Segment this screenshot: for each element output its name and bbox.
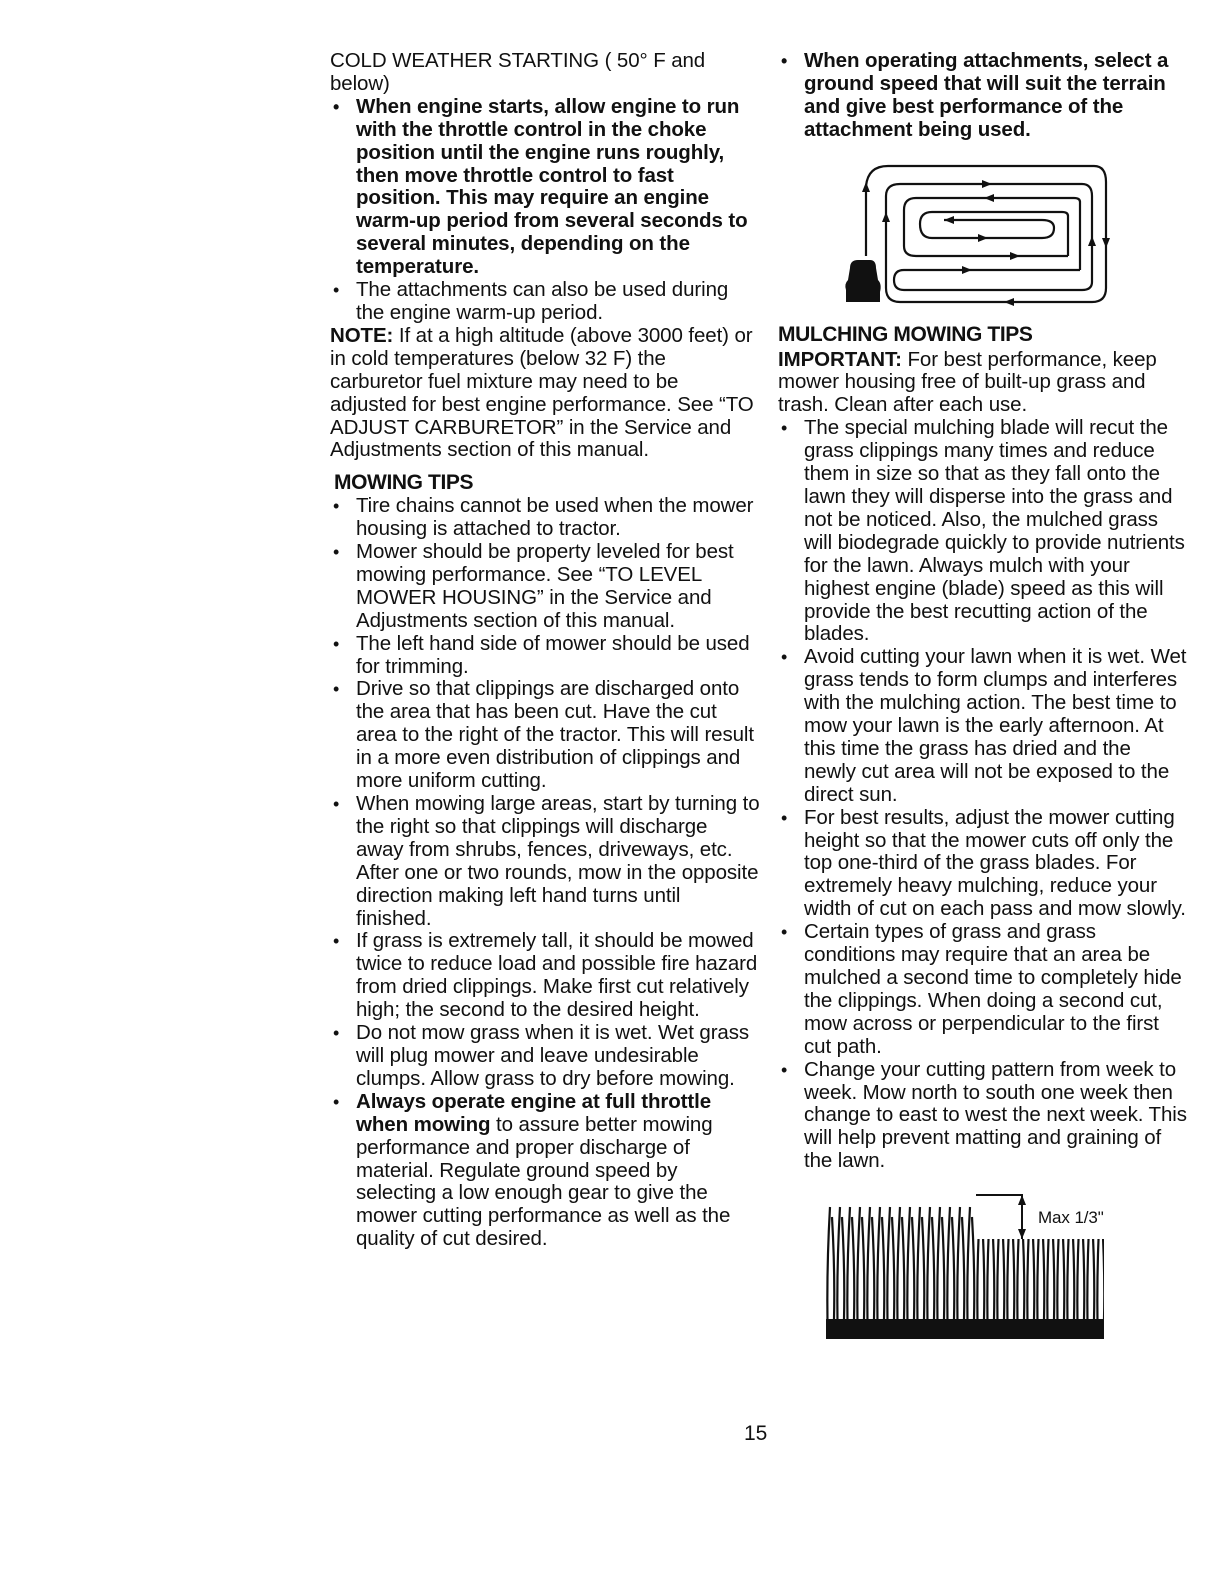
mulching-tips-list: The special mulching blade will recut th… — [778, 417, 1188, 1173]
note-text: If at a high altitude (above 3000 feet) … — [330, 324, 754, 462]
attachments-list: When operating attachments, select a gro… — [778, 50, 1188, 142]
mowing-tips-list: Tire chains cannot be used when the mowe… — [330, 495, 760, 1251]
left-column: COLD WEATHER STARTING ( 50° F and below)… — [330, 50, 760, 1251]
list-item: The attachments can also be used during … — [330, 279, 760, 325]
right-column: When operating attachments, select a gro… — [778, 50, 1188, 1357]
list-item: Do not mow grass when it is wet. Wet gra… — [330, 1022, 760, 1091]
list-item: When mowing large areas, start by turnin… — [330, 793, 760, 930]
grass-height-figure: Max 1/3" — [826, 1187, 1166, 1357]
list-item: When operating attachments, select a gro… — [778, 50, 1188, 142]
list-item: The special mulching blade will recut th… — [778, 417, 1188, 646]
mulching-heading: MULCHING MOWING TIPS — [778, 324, 1188, 347]
list-item: Change your cutting pattern from week to… — [778, 1059, 1188, 1174]
note-label: NOTE: — [330, 324, 393, 347]
list-item: For best results, adjust the mower cutti… — [778, 807, 1188, 922]
mowing-tips-heading: MOWING TIPS — [334, 472, 760, 495]
note-paragraph: NOTE: If at a high altitude (above 3000 … — [330, 325, 760, 462]
list-item: The left hand side of mower should be us… — [330, 633, 760, 679]
list-item: If grass is extremely tall, it should be… — [330, 930, 760, 1022]
list-item: Tire chains cannot be used when the mowe… — [330, 495, 760, 541]
list-item: Avoid cutting your lawn when it is wet. … — [778, 646, 1188, 806]
max-height-label: Max 1/3" — [1038, 1207, 1104, 1230]
list-item: When engine starts, allow engine to run … — [330, 96, 760, 279]
important-label: IMPORTANT: — [778, 348, 902, 371]
mowing-pattern-diagram-icon — [844, 156, 1114, 306]
list-item: Certain types of grass and grass conditi… — [778, 921, 1188, 1058]
important-paragraph: IMPORTANT: For best performance, keep mo… — [778, 349, 1188, 418]
list-item: Drive so that clippings are discharged o… — [330, 678, 760, 793]
page-number: 15 — [744, 1422, 767, 1446]
cold-weather-list: When engine starts, allow engine to run … — [330, 96, 760, 325]
list-item: Always operate engine at full throttle w… — [330, 1091, 760, 1251]
cold-weather-heading: COLD WEATHER STARTING ( 50° F and below) — [330, 50, 760, 96]
list-item: Mower should be property leveled for bes… — [330, 541, 760, 633]
